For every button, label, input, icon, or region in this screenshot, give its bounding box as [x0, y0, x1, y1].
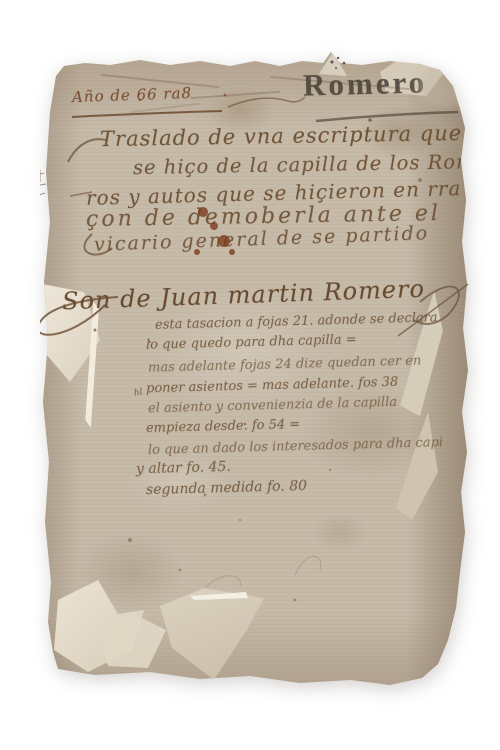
section-heading-owner: Son de Juan martin Romero — [62, 275, 426, 316]
manuscript-book: Año de 66 ra8 Romero Traslado de vna esc… — [40, 52, 470, 690]
note-line-1: esta tasacion a fojas 21. adonde se decl… — [155, 310, 438, 332]
paragraph-line-2: se hiço de la capilla de los Rome — [133, 150, 488, 179]
faded-ink-smudge — [418, 64, 472, 108]
parchment-cover: Año de 66 ra8 Romero Traslado de vna esc… — [40, 52, 470, 690]
note-line-5: el asiento y convenienzia de la capilla — [148, 395, 397, 417]
page-title-romero: Romero — [303, 64, 428, 103]
margin-mark: hl — [133, 387, 143, 398]
note-line-3: mas adelante fojas 24 dize quedan cer en — [148, 353, 422, 375]
header-date: Año de 66 ra8 — [72, 84, 193, 106]
tear-flap-bottom-center — [152, 588, 272, 688]
crease-line — [190, 91, 280, 99]
note-line-6: empieza desde. fo 54 = — [146, 417, 301, 436]
note-line-2: lo que quedo para dha capilla = — [146, 332, 357, 353]
note-line-7: lo que an dado los interesados para dha … — [148, 435, 443, 458]
note-line-9: segunda medida fo. 80 — [146, 478, 307, 498]
paragraph-line-1: Traslado de vna escriptura que — [100, 121, 463, 151]
note-line-8: y altar fo. 45. — [136, 459, 231, 477]
crease-line — [130, 103, 200, 114]
tear-flap-right-2 — [392, 412, 440, 522]
marginal-scribble — [40, 170, 46, 196]
photo-background: Año de 66 ra8 Romero Traslado de vna esc… — [0, 0, 500, 750]
note-line-4: poner asientos = mas adelante. fos 38 — [146, 375, 398, 397]
